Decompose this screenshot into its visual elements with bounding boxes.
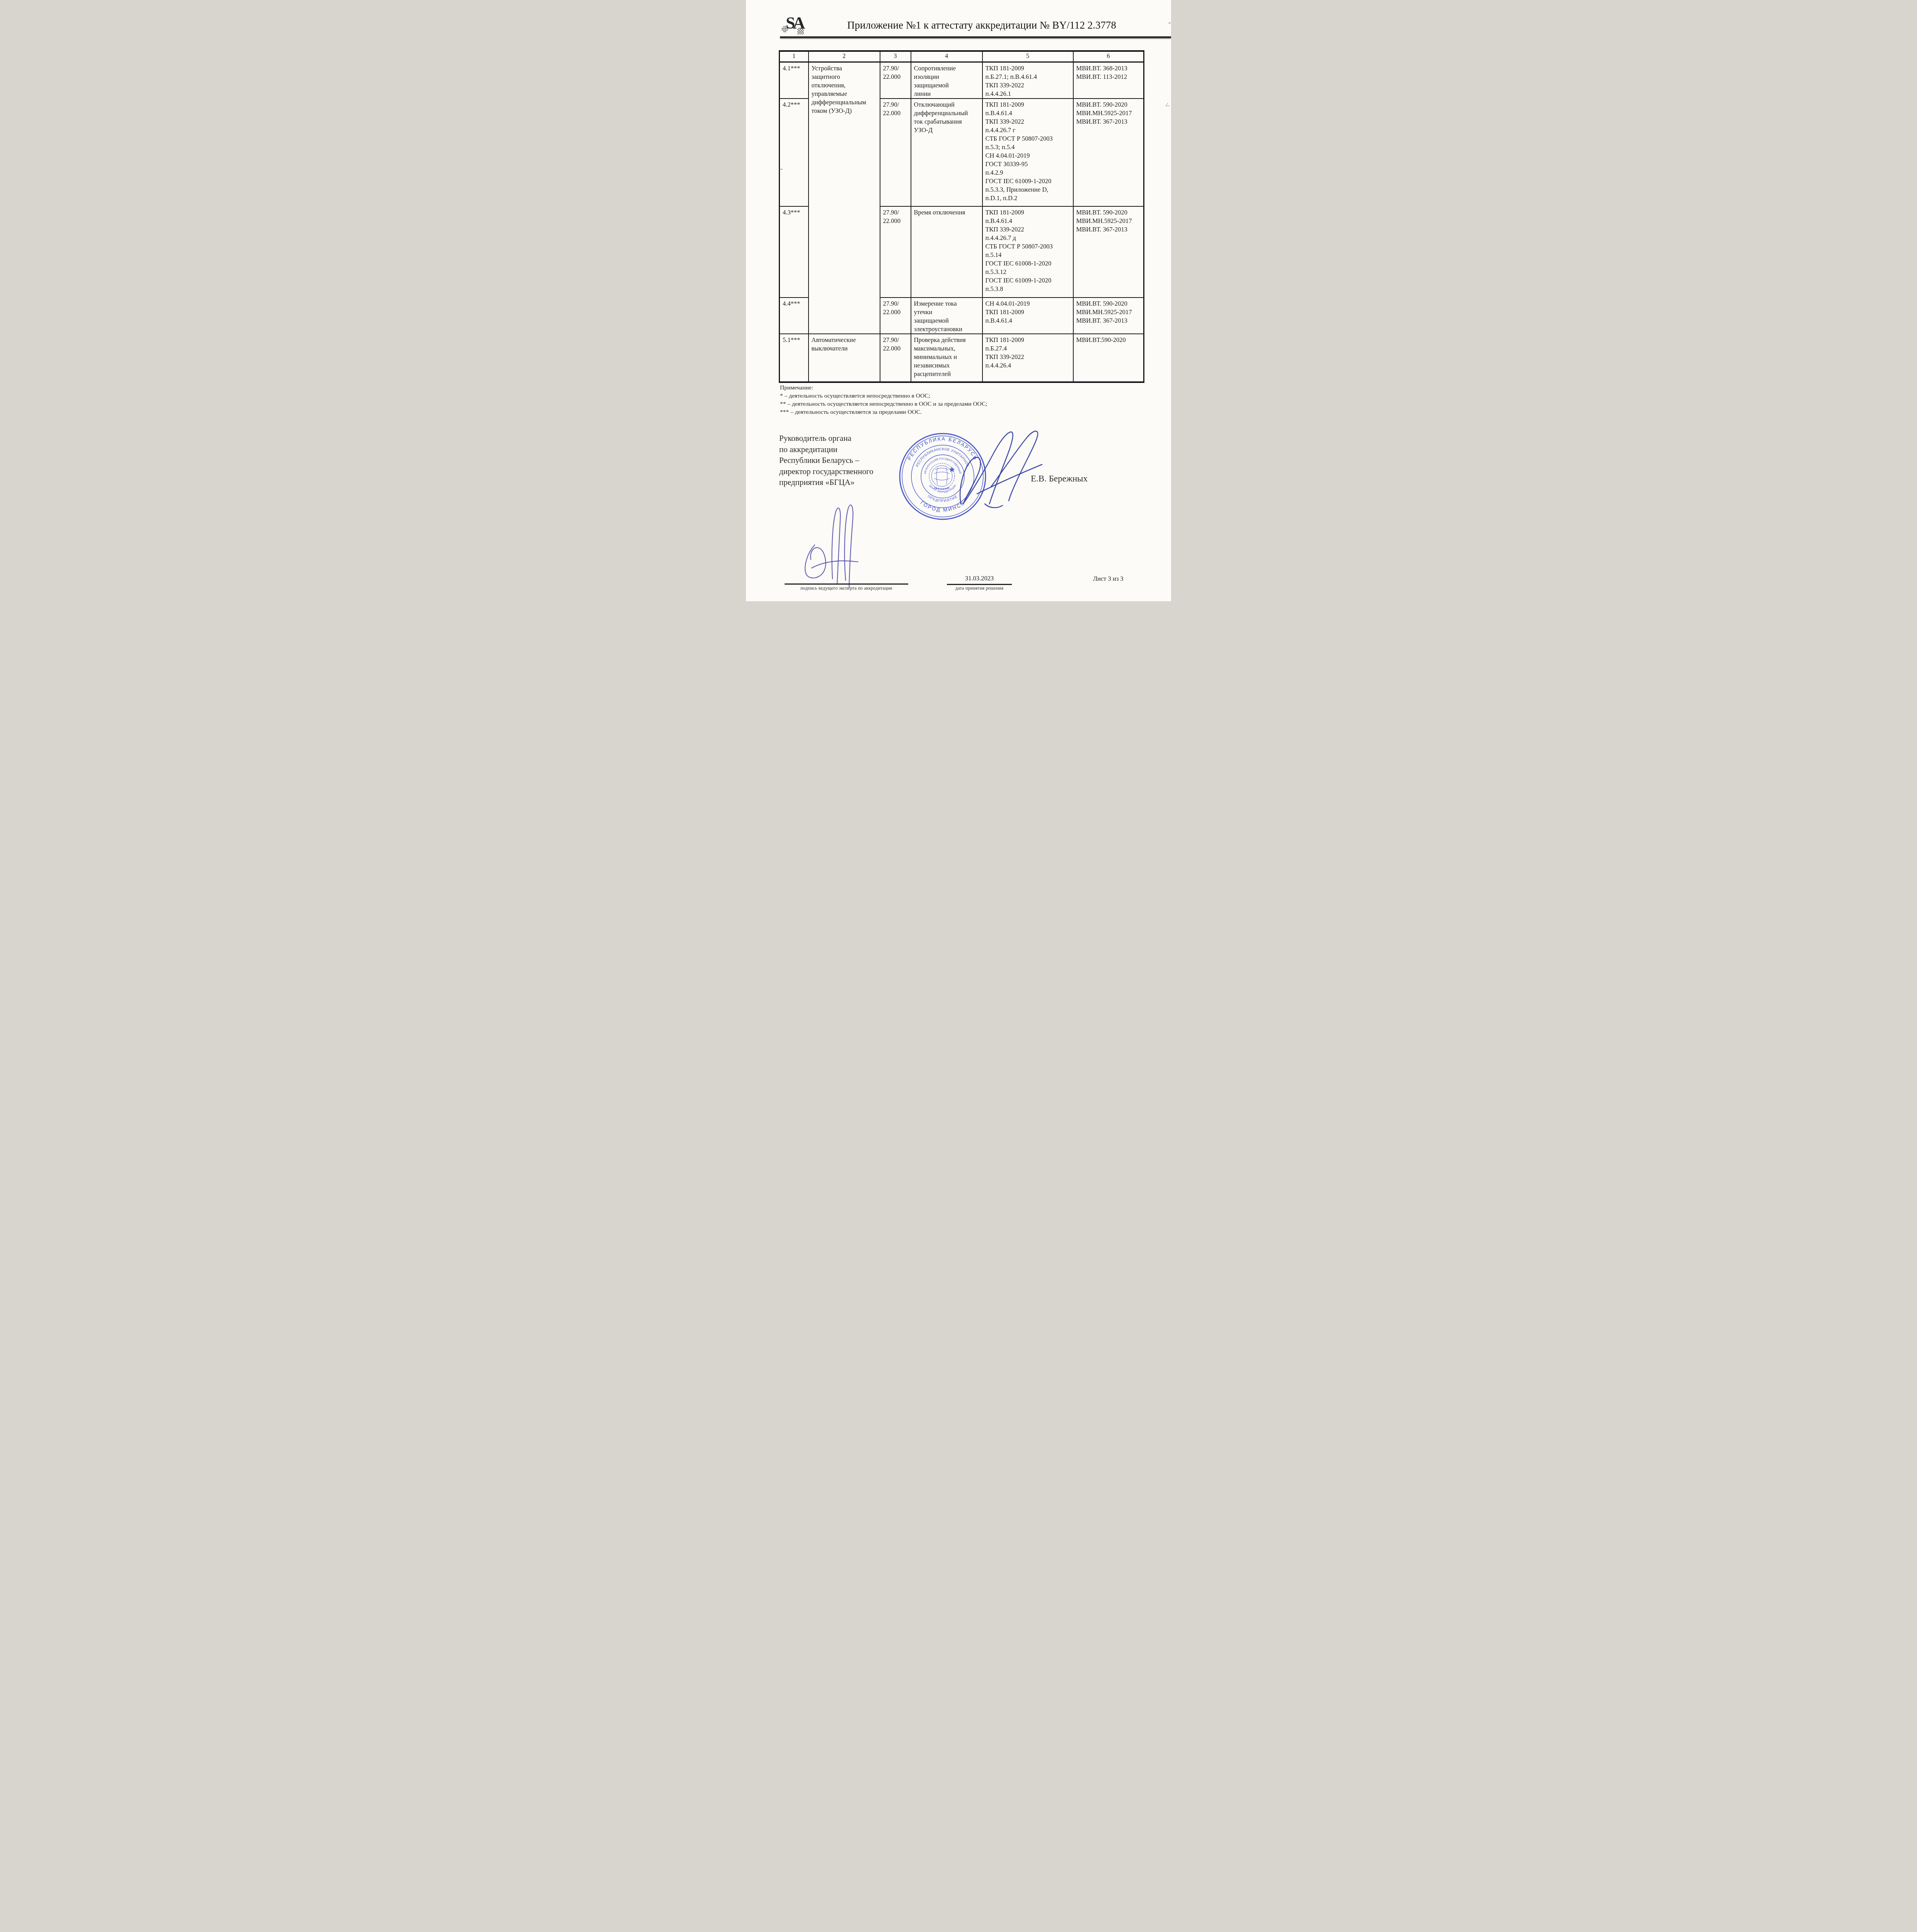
cell-num: 4.2*** <box>780 99 809 206</box>
scanned-accreditation-page: SA Приложение №1 к аттестату аккредитаци… <box>746 0 1171 601</box>
cell-characteristic: Измерение тока утечки защищаемой электро… <box>911 298 982 334</box>
cell-methods: МВИ.ВТ. 368-2013 МВИ.ВТ. 113-2012 <box>1073 62 1144 99</box>
expert-signature-line <box>785 583 908 585</box>
page-title: Приложение №1 к аттестату аккредитации №… <box>746 19 1171 31</box>
col-header-6: 6 <box>1073 51 1144 62</box>
col-header-1: 1 <box>780 51 809 62</box>
title-underline-rule <box>780 36 1171 38</box>
cell-characteristic: Время отключения <box>911 206 982 298</box>
cell-methods: МВИ.ВТ.590-2020 <box>1073 334 1144 382</box>
cell-characteristic: Сопротивление изоляции защищаемой линии <box>911 62 982 99</box>
cell-object: Автоматические выключатели <box>809 334 880 382</box>
expert-signature <box>800 502 870 591</box>
decision-date: 31.03.2023 <box>947 575 1012 582</box>
cell-num: 5.1*** <box>780 334 809 382</box>
cell-okved-code: 27.90/ 22.000 <box>880 334 911 382</box>
stamp-emblem <box>929 463 955 489</box>
notes-title: Примечание: <box>780 384 1136 392</box>
note-item-3: *** – деятельность осуществляется за пре… <box>780 408 1136 416</box>
decision-date-line <box>947 584 1012 585</box>
column-number-row: 1 2 3 4 5 6 <box>780 51 1144 62</box>
table-row-5-1: 5.1*** Автоматические выключатели 27.90/… <box>780 334 1144 382</box>
cell-okved-code: 27.90/ 22.000 <box>880 206 911 298</box>
notes-section: Примечание: * – деятельность осуществляе… <box>780 384 1136 416</box>
cell-okved-code: 27.90/ 22.000 <box>880 298 911 334</box>
cell-object-merged: Устройства защитного отключения, управля… <box>809 62 880 334</box>
cell-documents: ТКП 181-2009 п.Б.27.1; п.В.4.61.4 ТКП 33… <box>982 62 1073 99</box>
note-item-1: * – деятельность осуществляется непосред… <box>780 392 1136 400</box>
cell-num: 4.1*** <box>780 62 809 99</box>
cell-characteristic: Проверка действия максимальных, минималь… <box>911 334 982 382</box>
stamp-ring3-bottom-text: ЦЕНТР АККРЕДИТАЦИИ <box>928 484 957 493</box>
cell-characteristic: Отключающий дифференциальный ток срабаты… <box>911 99 982 206</box>
cell-okved-code: 27.90/ 22.000 <box>880 99 911 206</box>
col-header-2: 2 <box>809 51 880 62</box>
cell-okved-code: 27.90/ 22.000 <box>880 62 911 99</box>
col-header-3: 3 <box>880 51 911 62</box>
cell-documents: ТКП 181-2009 п.В.4.61.4 ТКП 339-2022 п.4… <box>982 99 1073 206</box>
note-item-2: ** – деятельность осуществляется непосре… <box>780 400 1136 408</box>
sheet-number: Лист 3 из 3 <box>1093 575 1143 583</box>
signatory-position-title: Руководитель органа по аккредитации Респ… <box>779 433 911 488</box>
director-signature <box>954 428 1050 519</box>
scan-artifact <box>1168 22 1171 24</box>
cell-documents: ТКП 181-2009 п.Б.27.4 ТКП 339-2022 п.4.4… <box>982 334 1073 382</box>
cell-methods: МВИ.ВТ. 590-2020 МВИ.МН.5925-2017 МВИ.ВТ… <box>1073 298 1144 334</box>
scan-artifact <box>1165 103 1171 106</box>
cell-methods: МВИ.ВТ. 590-2020 МВИ.МН.5925-2017 МВИ.ВТ… <box>1073 99 1144 206</box>
col-header-4: 4 <box>911 51 982 62</box>
cell-num: 4.3*** <box>780 206 809 298</box>
cell-num: 4.4*** <box>780 298 809 334</box>
expert-signature-caption: подпись ведущего эксперта по аккредитаци… <box>785 585 908 591</box>
svg-text:ЦЕНТР АККРЕДИТАЦИИ: ЦЕНТР АККРЕДИТАЦИИ <box>928 484 957 493</box>
col-header-5: 5 <box>982 51 1073 62</box>
decision-date-caption: дата принятия решения <box>941 585 1018 591</box>
table-row-4-1: 4.1*** Устройства защитного отключения, … <box>780 62 1144 99</box>
scan-artifact <box>779 169 783 170</box>
cell-documents: ТКП 181-2009 п.В.4.61.4 ТКП 339-2022 п.4… <box>982 206 1073 298</box>
cell-methods: МВИ.ВТ. 590-2020 МВИ.МН.5925-2017 МВИ.ВТ… <box>1073 206 1144 298</box>
accreditation-scope-table: 1 2 3 4 5 6 4.1*** Устройства защитного … <box>779 50 1144 383</box>
cell-documents: СН 4.04.01-2019 ТКП 181-2009 п.В.4.61.4 <box>982 298 1073 334</box>
